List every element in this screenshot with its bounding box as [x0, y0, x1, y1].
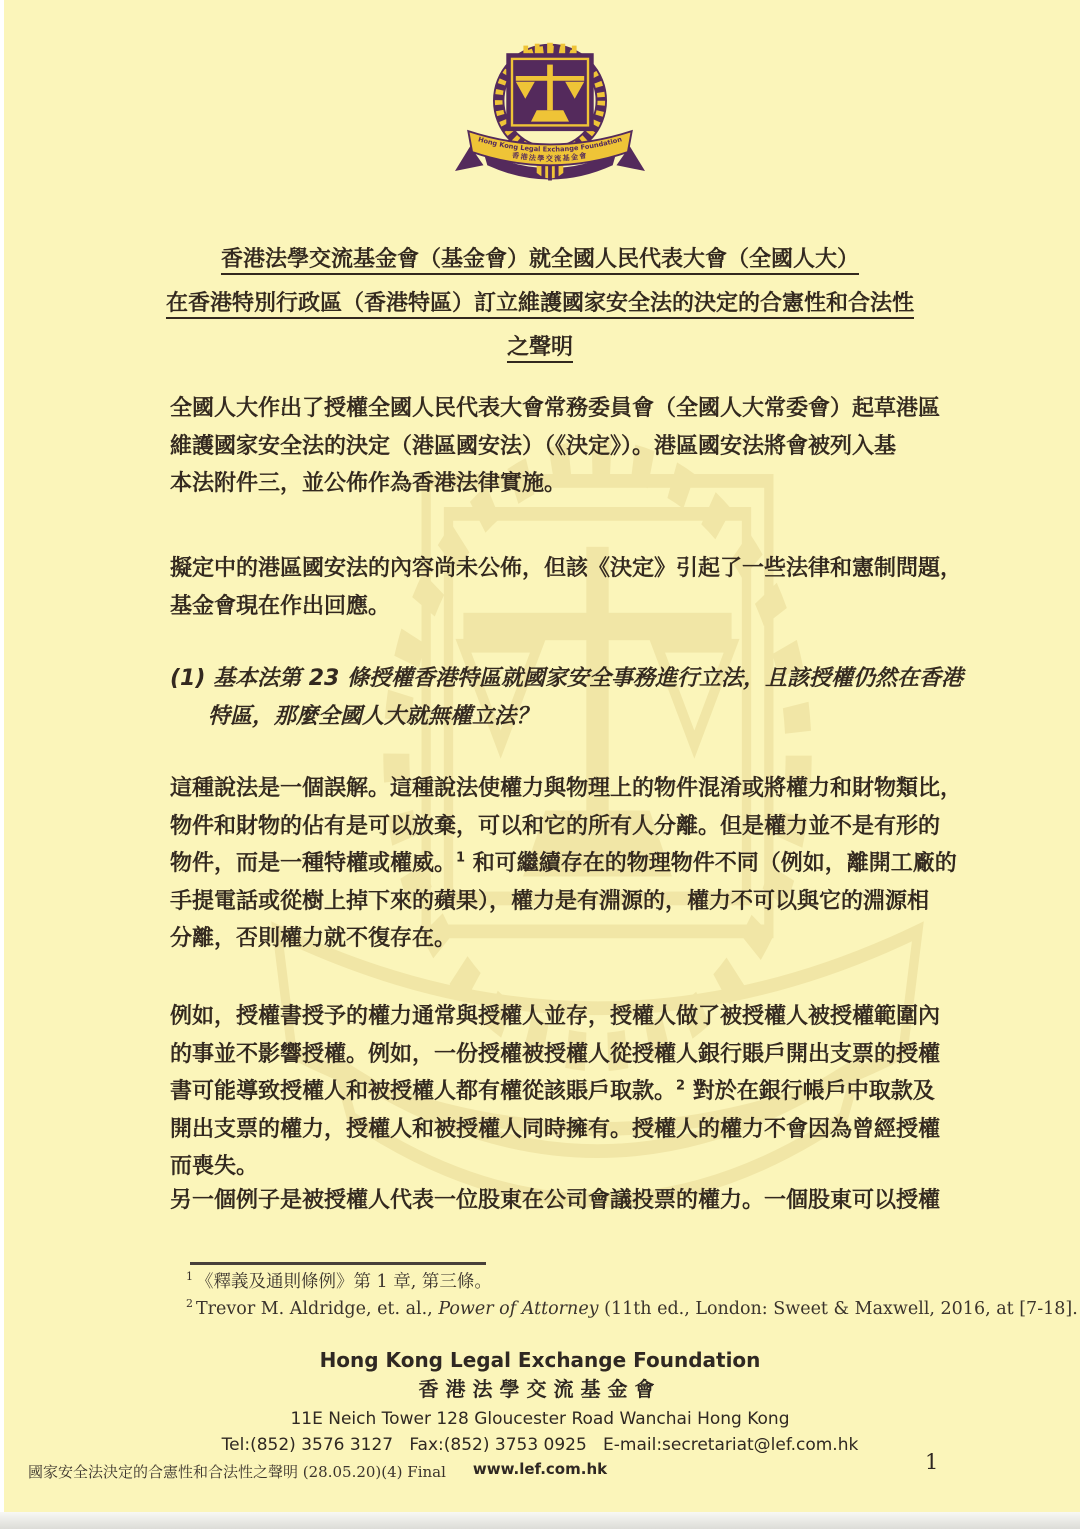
footnote-2-text-cont: (11th ed., London: Sweet & Maxwell, 2016… — [599, 1299, 1078, 1319]
scanned-document-page: Hong Kong Legal Exchange Foundation 香港法學… — [0, 0, 1080, 1529]
paragraph-1-line-2: 維護國家安全法的決定（港區國安法）（《決定》）。港區國安法將會被列入基 — [170, 428, 970, 466]
footnote-2-reference: 2 — [676, 1079, 685, 1094]
paragraph-3-line-5: 分離，否則權力就不復存在。 — [170, 920, 970, 958]
footer-org-name-zh: 香港法學交流基金會 — [0, 1374, 1080, 1404]
paragraph-4-line-2: 的事並不影響授權。例如，一份授權被授權人從授權人銀行賬戶開出支票的授權 — [170, 1036, 970, 1074]
paragraph-5: 另一個例子是被授權人代表一位股東在公司會議投票的權力。一個股東可以授權 — [170, 1182, 970, 1220]
footnote-1-marker: 1 — [186, 1270, 193, 1283]
footer: Hong Kong Legal Exchange Foundation 香港法學… — [0, 1346, 1080, 1480]
question-1-line-2: 特區，那麼全國人大就無權立法？ — [170, 698, 970, 736]
footnote-2: 2Trevor M. Aldridge, et. al., Power of A… — [186, 1297, 996, 1319]
paragraph-5-line-1: 另一個例子是被授權人代表一位股東在公司會議投票的權力。一個股東可以授權 — [170, 1182, 970, 1220]
document-reference: 國家安全法決定的合憲性和合法性之聲明 (28.05.20)(4) Final — [28, 1461, 446, 1482]
paragraph-4: 例如，授權書授予的權力通常與授權人並存，授權人做了被授權人被授權範圍內 的事並不… — [170, 998, 970, 1186]
paragraph-3-line-3-cont: 和可繼續存在的物理物件不同（例如，離開工廠的 — [465, 851, 957, 876]
title-line-1: 香港法學交流基金會（基金會）就全國人民代表大會（全國人大） — [0, 238, 1080, 282]
scan-edge-bottom — [0, 1512, 1080, 1529]
paragraph-4-line-1: 例如，授權書授予的權力通常與授權人並存，授權人做了被授權人被授權範圍內 — [170, 998, 970, 1036]
question-1-line-1: (1) 基本法第 23 條授權香港特區就國家安全事務進行立法，且該授權仍然在香港 — [170, 660, 970, 698]
paragraph-3-line-3-text: 物件，而是一種特權或權威。 — [170, 851, 456, 876]
paragraph-3-line-4: 手提電話或從樹上掉下來的蘋果），權力是有淵源的，權力不可以與它的淵源相 — [170, 883, 970, 921]
footnote-1: 1《釋義及通則條例》第 1 章, 第三條。 — [186, 1268, 996, 1293]
footer-org-name-en: Hong Kong Legal Exchange Foundation — [0, 1346, 1080, 1374]
paragraph-4-line-3: 書可能導致授權人和被授權人都有權從該賬戶取款。2 對於在銀行帳戶中取款及 — [170, 1073, 970, 1111]
paragraph-3-line-1: 這種說法是一個誤解。這種說法使權力與物理上的物件混淆或將權力和財物類比， — [170, 770, 970, 808]
paragraph-4-line-3-text: 書可能導致授權人和被授權人都有權從該賬戶取款。 — [170, 1079, 676, 1104]
paragraph-4-line-4: 開出支票的權力，授權人和被授權人同時擁有。授權人的權力不會因為曾經授權 — [170, 1111, 970, 1149]
page-number: 1 — [925, 1450, 938, 1474]
paragraph-1: 全國人大作出了授權全國人民代表大會常務委員會（全國人大常委會）起草港區 維護國家… — [170, 390, 970, 503]
paragraph-2-line-1: 擬定中的港區國安法的內容尚未公佈，但該《決定》引起了一些法律和憲制問題， — [170, 550, 970, 588]
paragraph-2-line-2: 基金會現在作出回應。 — [170, 588, 970, 626]
paragraph-1-line-1: 全國人大作出了授權全國人民代表大會常務委員會（全國人大常委會）起草港區 — [170, 390, 970, 428]
title-line-2: 在香港特別行政區（香港特區）訂立維護國家安全法的決定的合憲性和合法性 — [0, 282, 1080, 326]
paragraph-3: 這種說法是一個誤解。這種說法使權力與物理上的物件混淆或將權力和財物類比， 物件和… — [170, 770, 970, 958]
paragraph-2: 擬定中的港區國安法的內容尚未公佈，但該《決定》引起了一些法律和憲制問題， 基金會… — [170, 550, 970, 625]
paragraph-3-line-2: 物件和財物的佔有是可以放棄，可以和它的所有人分離。但是權力並不是有形的 — [170, 808, 970, 846]
paragraph-4-line-5: 而喪失。 — [170, 1148, 970, 1186]
document-title: 香港法學交流基金會（基金會）就全國人民代表大會（全國人大） 在香港特別行政區（香… — [0, 238, 1080, 370]
footnote-2-book-title: Power of Attorney — [438, 1299, 598, 1319]
footnote-2-text: Trevor M. Aldridge, et. al., — [196, 1299, 438, 1319]
footnote-1-text: 《釋義及通則條例》第 1 章, 第三條。 — [196, 1272, 492, 1292]
title-line-3: 之聲明 — [0, 326, 1080, 370]
question-1-heading: (1) 基本法第 23 條授權香港特區就國家安全事務進行立法，且該授權仍然在香港… — [170, 660, 970, 735]
footer-contact-line: Tel:(852) 3576 3127 Fax:(852) 3753 0925 … — [0, 1433, 1080, 1458]
footnote-separator — [190, 1262, 486, 1265]
footnote-1-reference: 1 — [456, 851, 465, 866]
paragraph-4-line-3-cont: 對於在銀行帳戶中取款及 — [685, 1079, 935, 1104]
foundation-logo: Hong Kong Legal Exchange Foundation 香港法學… — [455, 40, 645, 188]
footnote-2-marker: 2 — [186, 1297, 193, 1310]
paragraph-3-line-3: 物件，而是一種特權或權威。1 和可繼續存在的物理物件不同（例如，離開工廠的 — [170, 845, 970, 883]
paragraph-1-line-3: 本法附件三，並公佈作為香港法律實施。 — [170, 465, 970, 503]
scan-edge-left — [0, 0, 4, 1529]
footer-address: 11E Neich Tower 128 Gloucester Road Wanc… — [0, 1406, 1080, 1433]
